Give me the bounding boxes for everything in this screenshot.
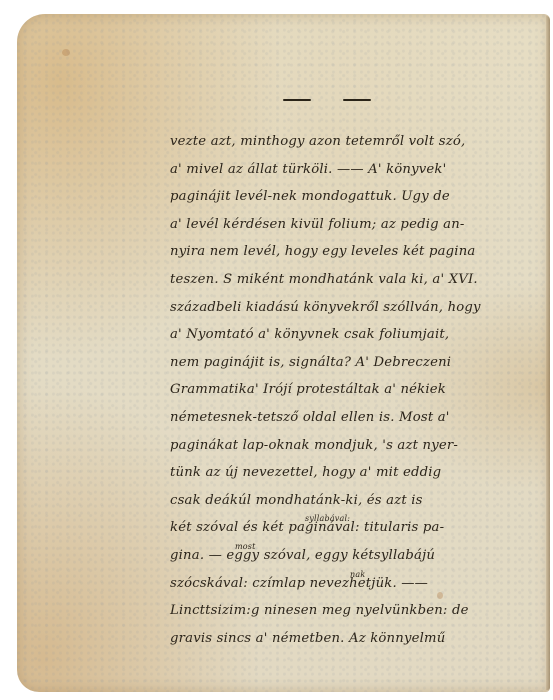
header-dash [343,99,371,101]
line-text: a' mivel az állat türköli. —— A' könyvek… [170,162,446,177]
text-line: nak szócskával: czímlap nevezhetjük. —— [170,570,515,598]
text-line: Lincttsizim:g ninesen meg nyelvünkben: d… [170,597,515,625]
text-line: Grammatika' Irójí protestáltak a' nékiek [170,376,515,404]
text-line: syllabával: két szóval és két paginával:… [170,514,515,542]
text-line: a' levél kérdésen kivül folium; az pedig… [170,211,515,239]
text-line: paginájit levél-nek mondogattuk. Ugy de [170,183,515,211]
text-line: teszen. S miként mondhatánk vala ki, a' … [170,266,515,294]
line-text: szócskával: czímlap nevezhetjük. —— [170,576,428,591]
line-text: a' levél kérdésen kivül folium; az pedig… [170,217,465,232]
text-line: vezte azt, minthogy azon tetemről volt s… [170,128,515,156]
line-text: Grammatika' Irójí protestáltak a' nékiek [170,382,446,397]
line-text: a' Nyomtató a' könyvnek csak foliumjait, [170,327,449,342]
stain [62,49,70,56]
line-text: gina. — eggy szóval, eggy kétsyllabájú [170,548,435,563]
line-text: tünk az új nevezettel, hogy a' mit eddig [170,465,441,480]
text-line: nyira nem levél, hogy egy leveles két pa… [170,238,515,266]
handwritten-text: vezte azt, minthogy azon tetemről volt s… [170,128,515,652]
line-text: teszen. S miként mondhatánk vala ki, a' … [170,272,478,287]
text-line: paginákat lap-oknak mondjuk, 's azt nyer… [170,432,515,460]
line-text: csak deákúl mondhatánk-ki, és azt is [170,493,423,508]
header-dash [283,99,311,101]
text-line: most gina. — eggy szóval, eggy kétsyllab… [170,542,515,570]
line-text: nyira nem levél, hogy egy leveles két pa… [170,244,475,259]
interlinear-insertion: nak [350,561,365,589]
line-text: németesnek-tetsző oldal ellen is. Most a… [170,410,450,425]
line-text: nem paginájit is, signálta? A' Debreczen… [170,355,451,370]
text-line: gravis sincs a' németben. Az könnyelmű [170,625,515,653]
line-text: paginákat lap-oknak mondjuk, 's azt nyer… [170,438,458,453]
text-line: a' Nyomtató a' könyvnek csak foliumjait, [170,321,515,349]
interlinear-insertion: most [235,533,256,561]
header-marks [283,99,371,101]
text-line: nem paginájit is, signálta? A' Debreczen… [170,349,515,377]
text-line: németesnek-tetsző oldal ellen is. Most a… [170,404,515,432]
line-text: Lincttsizim:g ninesen meg nyelvünkben: d… [170,603,469,618]
line-text: vezte azt, minthogy azon tetemről volt s… [170,134,465,149]
interlinear-insertion: syllabával: [305,505,350,533]
text-line: tünk az új nevezettel, hogy a' mit eddig [170,459,515,487]
line-text: gravis sincs a' németben. Az könnyelmű [170,631,445,646]
line-text: paginájit levél-nek mondogattuk. Ugy de [170,189,450,204]
text-line: századbeli kiadású könyvekről szóllván, … [170,294,515,322]
text-line: a' mivel az állat türköli. —— A' könyvek… [170,156,515,184]
line-text: századbeli kiadású könyvekről szóllván, … [170,300,481,315]
